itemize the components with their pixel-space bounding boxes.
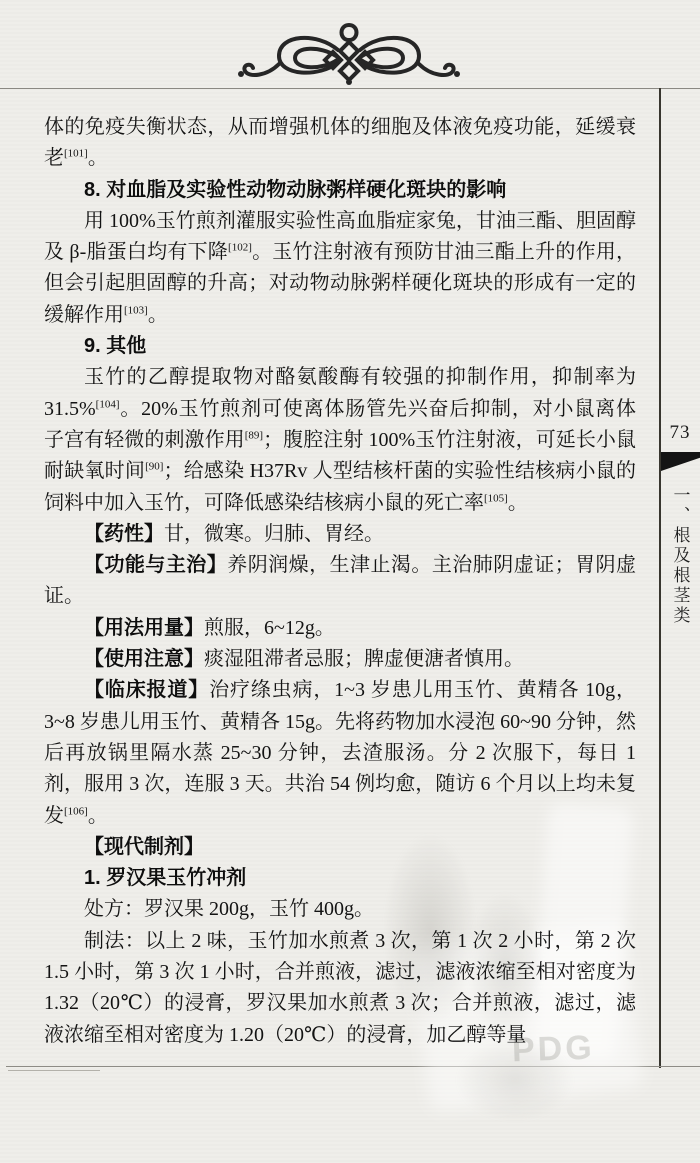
- heading-modern-preparations: 【现代制剂】: [44, 832, 636, 863]
- paragraph-others: 玉竹的乙醇提取物对酪氨酸酶有较强的抑制作用，抑制率为 31.5%[104]。20…: [44, 362, 636, 518]
- paragraph-recipe: 处方：罗汉果 200g，玉竹 400g。: [44, 894, 636, 925]
- heading-others: 9. 其他: [44, 331, 636, 362]
- entry-text: 痰湿阻滞者忌服；脾虚便溏者慎用。: [204, 648, 524, 670]
- body-text: 体的免疫失衡状态，从而增强机体的细胞及体液免疫功能，延缓衰老[101]。 8. …: [44, 112, 636, 1051]
- heading-luohanguo-yuzhu-granule: 1. 罗汉果玉竹冲剂: [44, 863, 636, 894]
- section-side-label: 一、根及根茎类: [659, 486, 700, 626]
- entry-function-indication: 【功能与主治】养阴润燥，生津止渴。主治肺阴虚证；胃阴虚证。: [44, 550, 636, 613]
- footer-rule: [6, 1066, 700, 1067]
- entry-label: 【功能与主治】: [84, 554, 227, 576]
- paragraph-immune-continuation: 体的免疫失衡状态，从而增强机体的细胞及体液免疫功能，延缓衰老[101]。: [44, 112, 636, 175]
- paragraph-method: 制法：以上 2 味，玉竹加水煎煮 3 次，第 1 次 2 小时，第 2 次 1.…: [44, 926, 636, 1051]
- page-number: 73: [660, 422, 700, 444]
- header-rule: [0, 88, 700, 89]
- entry-label: 【用法用量】: [84, 617, 204, 639]
- entry-dosage: 【用法用量】煎服，6~12g。: [44, 613, 636, 644]
- ornament-flourish-icon: [233, 20, 465, 86]
- heading-blood-lipid: 8. 对血脂及实验性动物动脉粥样硬化斑块的影响: [44, 175, 636, 206]
- book-page: PDG 73 一、根及根茎类 体的免疫失衡状态，从而增强机体的细胞及体液免疫功能…: [0, 0, 700, 1163]
- paragraph-blood-lipid: 用 100%玉竹煎剂灌服实验性高血脂症家兔，甘油三酯、胆固醇及 β-脂蛋白均有下…: [44, 206, 636, 331]
- entry-label: 【临床报道】: [84, 679, 209, 701]
- entry-text: 治疗绦虫病，1~3 岁患儿用玉竹、黄精各 10g，3~8 岁患儿用玉竹、黄精各 …: [44, 679, 636, 826]
- entry-medicinal-property: 【药性】甘，微寒。归肺、胃经。: [44, 519, 636, 550]
- entry-precaution: 【使用注意】痰湿阻滞者忌服；脾虚便溏者慎用。: [44, 644, 636, 675]
- entry-label: 【药性】: [84, 523, 164, 545]
- entry-label: 【使用注意】: [84, 648, 204, 670]
- entry-clinical-report: 【临床报道】治疗绦虫病，1~3 岁患儿用玉竹、黄精各 10g，3~8 岁患儿用玉…: [44, 675, 636, 831]
- entry-text: 甘，微寒。归肺、胃经。: [164, 523, 384, 545]
- footer-rule-fragment: [8, 1070, 100, 1071]
- entry-text: 煎服，6~12g。: [204, 617, 335, 639]
- section-marker-wedge: [661, 452, 700, 471]
- section-side-label-text: 一、根及根茎类: [668, 486, 693, 626]
